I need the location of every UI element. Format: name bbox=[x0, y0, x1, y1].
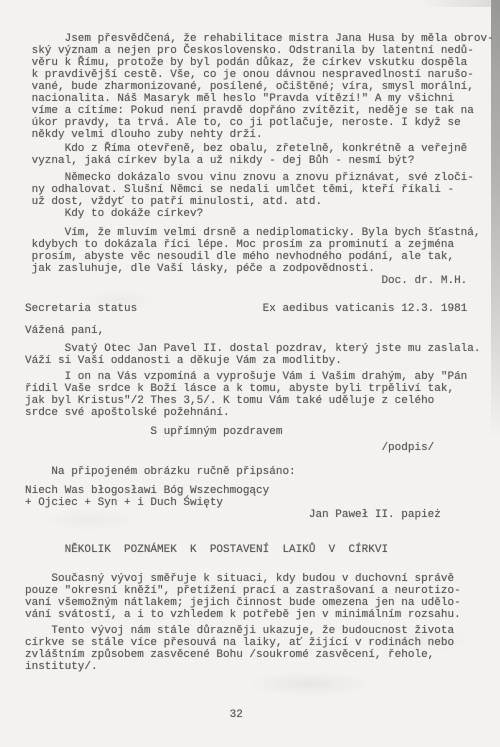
text-line: už dost, vždyť to patří minulosti, atd. … bbox=[25, 196, 500, 208]
paragraph-question: Kdy to dokáže církev? bbox=[25, 208, 500, 220]
text-line: vané, bude zharmonizované, posílené, oči… bbox=[25, 81, 500, 93]
text-line: jak byl Kristus"/2 Thes 3,5/. K tomu Vám… bbox=[25, 395, 500, 407]
text-line: Současný vývoj směřuje k situaci, kdy bu… bbox=[25, 573, 500, 585]
paragraph-svaty-otec: Svatý Otec Jan Pavel II. dostal pozdrav,… bbox=[25, 343, 500, 367]
text-line: Secretaria status Ex aedibus vaticanis 1… bbox=[25, 303, 500, 315]
text-line: Na připojeném obrázku ručně připsáno: bbox=[25, 466, 500, 478]
paragraph-apology: Vím, že mluvím velmi drsně a nediplomati… bbox=[25, 227, 500, 275]
paragraph-soucasny-vyvoj: Současný vývoj směřuje k situaci, kdy bu… bbox=[25, 573, 500, 621]
text-line: Svatý Otec Jan Pavel II. dostal pozdrav,… bbox=[25, 343, 500, 355]
text-line: prosím, abyste věc nesoudil dle mého nev… bbox=[25, 251, 500, 263]
text-line: I on na Vás vzpomíná a vyprošuje Vám i V… bbox=[25, 371, 500, 383]
letterhead-secretaria-status: Secretaria status Ex aedibus vaticanis 1… bbox=[25, 303, 500, 315]
text-line: Jsem přesvědčená, že rehabilitace mistra… bbox=[25, 33, 500, 45]
text-line: instituty/. bbox=[25, 661, 500, 673]
text-line: řídil Vaše srdce k Boží lásce a k tomu, … bbox=[25, 383, 500, 395]
text-line: Jan Paweł II. papież bbox=[25, 509, 500, 521]
page-number: 32 bbox=[25, 709, 500, 721]
text-line: církve se stále více přesouvá na laiky, … bbox=[25, 637, 500, 649]
text-line: ský význam a nejen pro Československo. O… bbox=[25, 45, 500, 57]
signature-placeholder: /podpis/ bbox=[25, 442, 500, 454]
text-line: Váží si Vaší oddanosti a děkuje Vám za m… bbox=[25, 355, 500, 367]
text-line: S upřímným pozdravem bbox=[25, 426, 500, 438]
text-line: úkor pravdy, ta trvá. Ale to, co ji potl… bbox=[25, 117, 500, 129]
text-line: + Ojciec + Syn + i Duch Święty bbox=[25, 497, 500, 509]
text-line: Vážená paní, bbox=[25, 325, 500, 337]
text-line: pouze "okresní kněží", přetížení prací a… bbox=[25, 585, 500, 597]
text-line: Kdo z Říma otevřeně, bez obalu, zřetelně… bbox=[25, 143, 500, 155]
text-line: Vím, že mluvím velmi drsně a nediplomati… bbox=[25, 227, 500, 239]
text-line: nacionalita. Náš Masaryk měl heslo "Prav… bbox=[25, 93, 500, 105]
text-line: Kdy to dokáže církev? bbox=[25, 208, 500, 220]
salutation: Vážená paní, bbox=[25, 325, 500, 337]
closing-greeting: S upřímným pozdravem bbox=[25, 426, 500, 438]
text-line: víme a cítíme: Pokud není pravdě dopřáno… bbox=[25, 105, 500, 117]
text-line: NĚKOLIK POZNÁMEK K POSTAVENÍ LAIKŮ V CÍR… bbox=[25, 544, 500, 556]
letter-body: Jsem přesvědčená, že rehabilitace mistra… bbox=[25, 33, 500, 721]
text-line: jak zasluhuje, dle Vaší lásky, péče a zo… bbox=[25, 263, 500, 275]
section-heading-laici: NĚKOLIK POZNÁMEK K POSTAVENÍ LAIKŮ V CÍR… bbox=[25, 544, 500, 556]
text-line: Tento vývoj nám stále důrazněji ukazuje,… bbox=[25, 625, 500, 637]
text-line: /podpis/ bbox=[25, 442, 500, 454]
text-line: 32 bbox=[25, 709, 500, 721]
text-line: někdy velmi dlouho zuby nehty drží. bbox=[25, 129, 500, 141]
polish-blessing: Niech Was błogosławi Bóg Wszechmogący+ O… bbox=[25, 485, 500, 521]
text-line: vaní všemožným nátlakem; jejich činnost … bbox=[25, 597, 500, 609]
scan-corner-wash bbox=[420, 0, 492, 7]
text-line: ny odhalovat. Slušní Němci se nedali uml… bbox=[25, 184, 500, 196]
paragraph-tento-vyvoj: Tento vývoj nám stále důrazněji ukazuje,… bbox=[25, 625, 500, 673]
scanned-letter-page: Jsem přesvědčená, že rehabilitace mistra… bbox=[0, 0, 500, 747]
text-line: zvláštním způsobem zasvěcené Bohu /soukr… bbox=[25, 649, 500, 661]
paragraph-nemecko: Německo dokázalo svou vinu znovu a znovu… bbox=[25, 172, 500, 208]
paragraph-kdo-z-rima: Kdo z Říma otevřeně, bez obalu, zřetelně… bbox=[25, 143, 500, 167]
signature-doc-dr-mh: Doc. dr. M.H. bbox=[25, 275, 500, 287]
note-handwritten-caption: Na připojeném obrázku ručně připsáno: bbox=[25, 466, 500, 478]
text-line: vání svátostí, a i to vzhledem k potřebě… bbox=[25, 609, 500, 621]
text-line: Německo dokázalo svou vinu znovu a znovu… bbox=[25, 172, 500, 184]
text-line: věru k Římu, protože by byl podán důkaz,… bbox=[25, 57, 500, 69]
text-line: Niech Was błogosławi Bóg Wszechmogący bbox=[25, 485, 500, 497]
text-line: k pravdivější cestě. Vše, co je onou dáv… bbox=[25, 69, 500, 81]
paragraph-i-on-na-vas: I on na Vás vzpomíná a vyprošuje Vám i V… bbox=[25, 371, 500, 419]
paragraph-conviction: Jsem přesvědčená, že rehabilitace mistra… bbox=[25, 33, 500, 141]
text-line: Doc. dr. M.H. bbox=[25, 275, 500, 287]
text-line: srdce své apoštolské požehnání. bbox=[25, 407, 500, 419]
text-line: kdybych to dokázala říci lépe. Moc prosí… bbox=[25, 239, 500, 251]
text-line: vyznal, jaká církev byla a už nikdy - de… bbox=[25, 155, 500, 167]
